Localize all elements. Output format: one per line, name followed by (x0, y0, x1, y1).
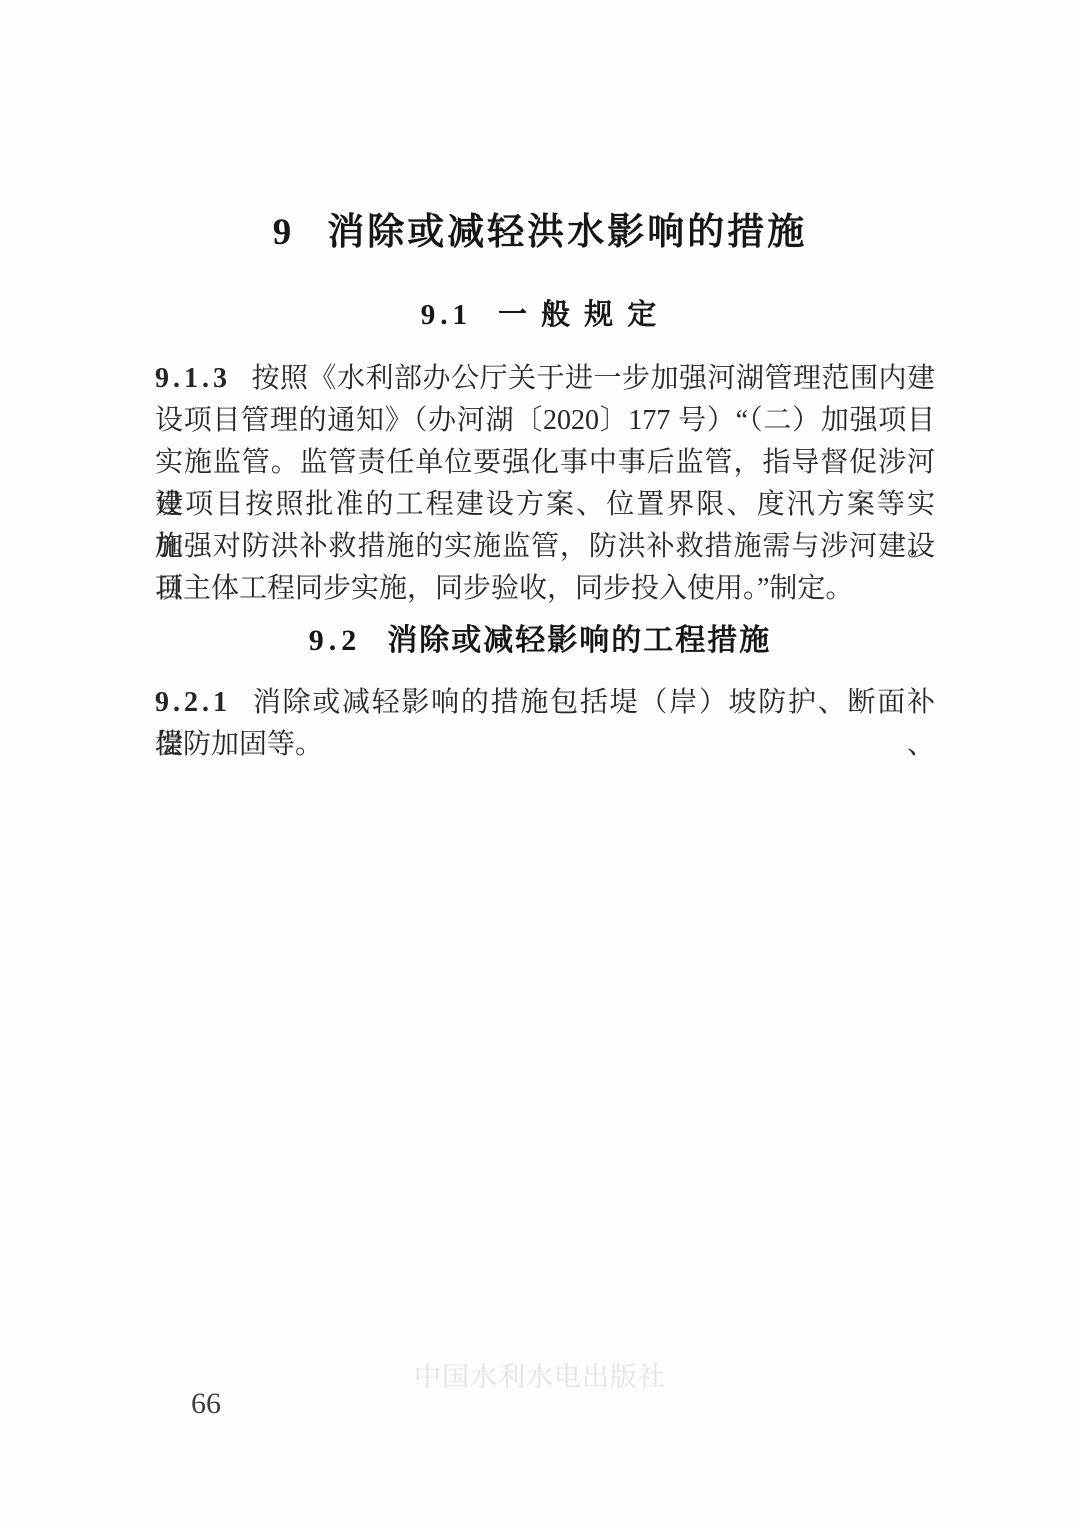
chapter-heading: 9消除或减轻洪水影响的措施 (0, 209, 1080, 256)
clause-9-2-1: 9.2.1消除或减轻影响的措施包括堤（岸）坡防护、断面补偿、 堤防加固等。 (155, 682, 935, 766)
clause-9-2-1-line-1: 9.2.1消除或减轻影响的措施包括堤（岸）坡防护、断面补偿、 (155, 682, 935, 724)
section-9-2-title: 消除或减轻影响的工程措施 (387, 624, 771, 657)
clause-9-1-3-line-2: 设项目管理的通知》（办河湖〔2020〕177 号）“（二）加强项目 (155, 400, 935, 442)
clause-9-1-3-number: 9.1.3 (155, 363, 231, 394)
section-9-2-number: 9.2 (309, 624, 362, 657)
section-9-2-heading: 9.2消除或减轻影响的工程措施 (0, 622, 1080, 660)
document-page: 9消除或减轻洪水影响的措施 9.1一 般 规 定 9.1.3按照《水利部办公厅关… (0, 0, 1080, 1527)
clause-9-1-3-line-5: 加强对防洪补救措施的实施监管，防洪补救措施需与涉河建设项 (155, 526, 935, 568)
clause-9-1-3: 9.1.3按照《水利部办公厅关于进一步加强河湖管理范围内建 设项目管理的通知》（… (155, 358, 935, 610)
clause-9-2-1-number: 9.2.1 (155, 687, 231, 718)
clause-9-1-3-line-4: 设项目按照批准的工程建设方案、位置界限、度汛方案等实施。 (155, 484, 935, 526)
publisher-watermark: 中国水利水电出版社 (0, 1362, 1080, 1392)
clause-9-1-3-text: 按照《水利部办公厅关于进一步加强河湖管理范围内建 (251, 363, 935, 394)
clause-9-1-3-line-3: 实施监管。监管责任单位要强化事中事后监管，指导督促涉河建 (155, 442, 935, 484)
section-9-1-title: 一 般 规 定 (498, 299, 659, 331)
section-9-1-number: 9.1 (421, 299, 472, 331)
chapter-number: 9 (273, 212, 294, 253)
page-number: 66 (191, 1387, 221, 1421)
section-9-1-heading: 9.1一 般 规 定 (0, 297, 1080, 333)
clause-9-1-3-line-1: 9.1.3按照《水利部办公厅关于进一步加强河湖管理范围内建 (155, 358, 935, 400)
chapter-title: 消除或减轻洪水影响的措施 (327, 211, 807, 252)
clause-9-1-3-line-6: 目主体工程同步实施，同步验收，同步投入使用。”制定。 (155, 568, 935, 610)
